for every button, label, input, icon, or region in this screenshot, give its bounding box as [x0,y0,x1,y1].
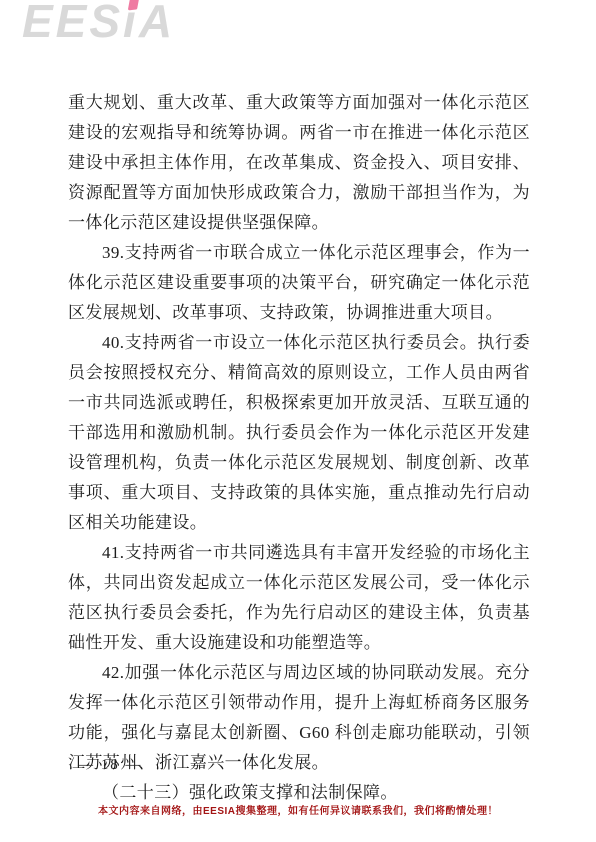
logo-text-suffix: A [139,0,175,47]
document-body: 重大规划、重大改革、重大政策等方面加强对一体化示范区建设的宏观指导和统筹协调。两… [68,88,530,808]
paragraph-item-40: 40.支持两省一市设立一体化示范区执行委员会。执行委员会按照授权充分、精简高效的… [68,328,530,538]
logo-letter-i: ı [123,0,139,49]
eesia-watermark-logo: EESıA [22,0,175,49]
paragraph-item-39: 39.支持两省一市联合成立一体化示范区理事会，作为一体化示范区建设重要事项的决策… [68,238,530,328]
logo-text-prefix: EES [22,0,123,47]
footer-disclaimer: 本文内容来自网络，由EESIA搜集整理，如有任何异议请联系我们，我们将酌情处理！ [0,802,596,817]
page-number: — 18 — [78,757,143,774]
paragraph-item-41: 41.支持两省一市共同遴选具有丰富开发经验的市场化主体，共同出资发起成立一体化示… [68,538,530,658]
document-page: EESıA 重大规划、重大改革、重大政策等方面加强对一体化示范区建设的宏观指导和… [0,0,596,842]
paragraph-continuation: 重大规划、重大改革、重大政策等方面加强对一体化示范区建设的宏观指导和统筹协调。两… [68,88,530,238]
